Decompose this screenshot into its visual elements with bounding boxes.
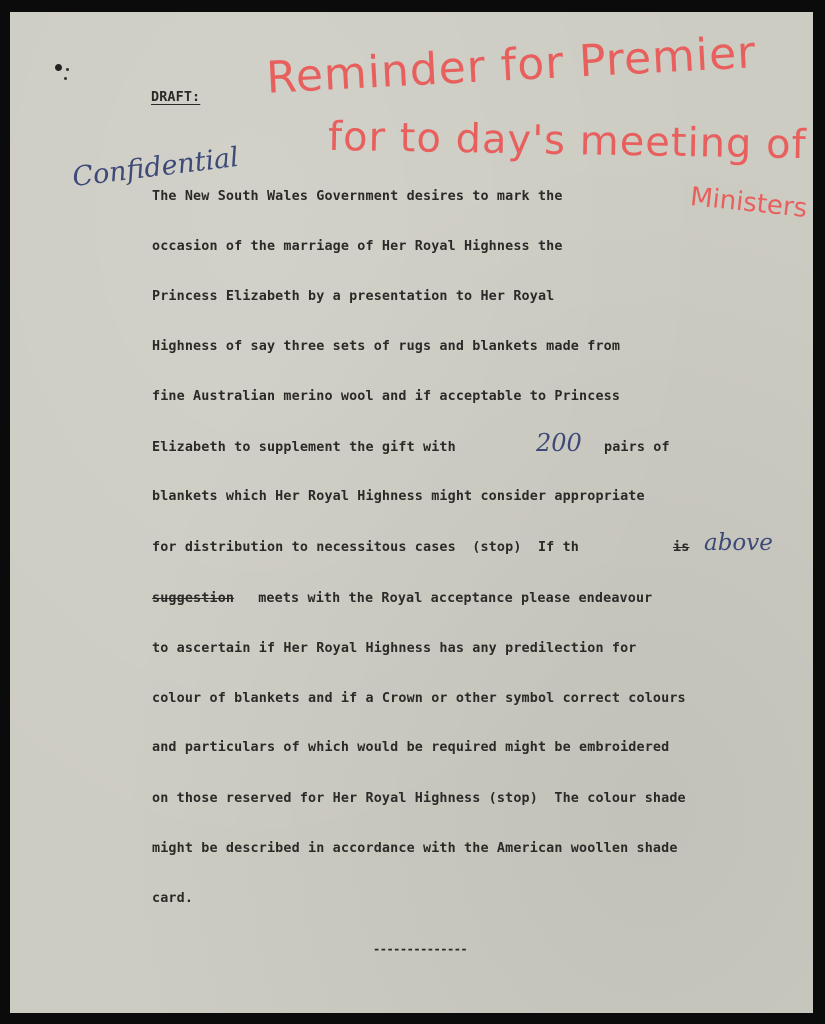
handwritten-note-meeting: for to day's meeting of <box>328 114 807 168</box>
ink-blot-mark <box>55 64 62 71</box>
ink-blot-mark <box>64 77 67 80</box>
body-line-12: and particulars of which would be requir… <box>152 740 669 755</box>
body-line-9: meets with the Royal acceptance please e… <box>250 591 652 606</box>
body-line-10: to ascertain if Her Royal Highness has a… <box>152 641 637 656</box>
draft-heading: DRAFT: <box>151 90 200 105</box>
struck-text-is: is <box>673 540 689 555</box>
handwritten-above: above <box>704 530 773 556</box>
handwritten-200: 200 <box>536 429 582 457</box>
body-line-3: Princess Elizabeth by a presentation to … <box>152 289 554 304</box>
struck-text-suggestion: suggestion <box>152 591 234 606</box>
ink-blot-mark <box>66 68 69 71</box>
body-line-6-tail: pairs of <box>604 440 670 455</box>
end-rule: -------------- <box>373 942 467 956</box>
body-line-15: card. <box>152 891 193 906</box>
body-line-4: Highness of say three sets of rugs and b… <box>152 339 620 354</box>
body-line-2: occasion of the marriage of Her Royal Hi… <box>152 239 563 254</box>
body-line-13: on those reserved for Her Royal Highness… <box>152 791 686 806</box>
body-line-14: might be described in accordance with th… <box>152 841 678 856</box>
body-line-11: colour of blankets and if a Crown or oth… <box>152 691 686 706</box>
body-line-8: for distribution to necessitous cases (s… <box>152 540 579 555</box>
body-line-1: The New South Wales Government desires t… <box>152 189 563 204</box>
body-line-5: fine Australian merino wool and if accep… <box>152 389 620 404</box>
body-line-7: blankets which Her Royal Highness might … <box>152 489 645 504</box>
body-line-6: Elizabeth to supplement the gift with <box>152 440 456 455</box>
